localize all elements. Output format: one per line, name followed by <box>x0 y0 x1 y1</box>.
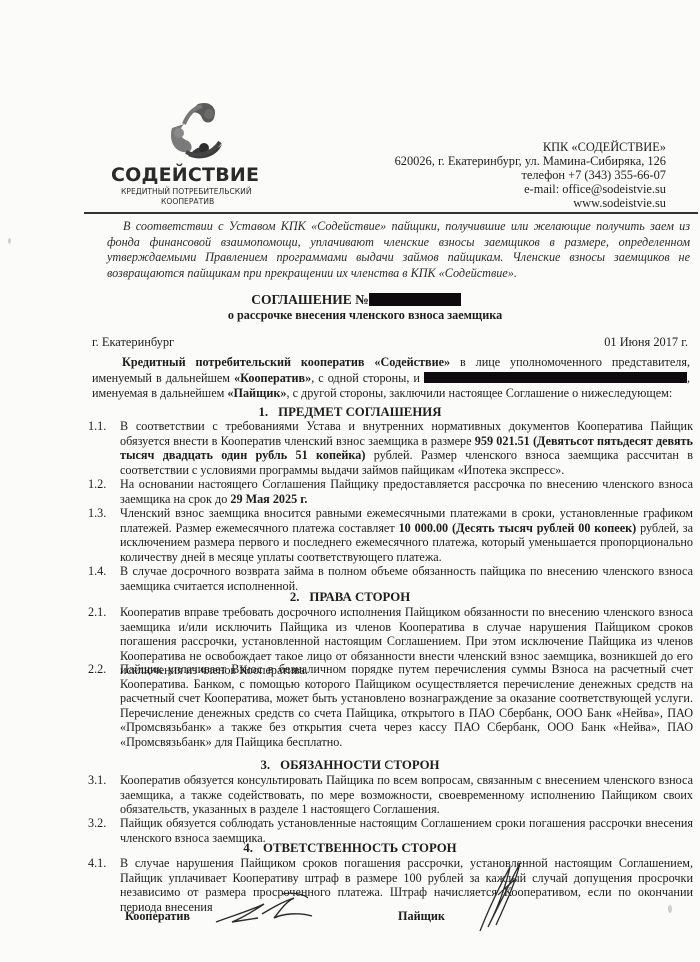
preamble-text: В соответствии с Уставом КПК «Содействие… <box>107 219 690 281</box>
clause-1-2: 1.2. На основании настоящего Соглашения … <box>88 477 693 506</box>
document-title: СОГЛАШЕНИЕ № <box>0 292 700 308</box>
parties-text: , с одной стороны, и <box>311 371 424 385</box>
section-2-title: 2.ПРАВА СТОРОН <box>0 590 700 605</box>
cooperative-full-name: Кредитный потребительский кооператив «Со… <box>122 355 450 369</box>
signature-label-cooperative: Кооператив <box>125 909 190 924</box>
scan-speck <box>668 905 672 913</box>
document-date: 01 Июня 2017 г. <box>604 335 688 350</box>
logo-subtitle-line1: КРЕДИТНЫЙ ПОТРЕБИТЕЛЬСКИЙ <box>121 187 252 196</box>
contact-block: КПК «СОДЕЙСТВИЕ» 620026, г. Екатеринбург… <box>395 140 666 210</box>
logo-subtitle-line2: КООПЕРАТИВ <box>161 197 214 206</box>
signature-cooperative-icon <box>212 888 322 928</box>
header-divider <box>84 212 698 214</box>
contact-email: e-mail: office@sodeistvie.su <box>395 182 666 196</box>
contact-website: www.sodeistvie.su <box>395 196 666 210</box>
parties-text: , с другой стороны, заключили настоящее … <box>287 386 673 400</box>
contact-address: 620026, г. Екатеринбург, ул. Мамина-Сиби… <box>395 154 666 168</box>
scanned-agreement-page: СОДЕЙСТВИЕ КРЕДИТНЫЙ ПОТРЕБИТЕЛЬСКИЙ КОО… <box>0 0 700 962</box>
section-4-title: 4.ОТВЕТСТВЕННОСТЬ СТОРОН <box>0 841 700 856</box>
member-alias: «Пайщик» <box>227 386 286 400</box>
contact-org: КПК «СОДЕЙСТВИЕ» <box>395 140 666 154</box>
section-3-title: 3.ОБЯЗАННОСТИ СТОРОН <box>0 758 700 773</box>
redacted-member-name <box>424 372 687 383</box>
document-city: г. Екатеринбург <box>92 335 174 350</box>
installment-end-date: 29 Мая 2025 г. <box>230 492 307 506</box>
clause-1-4: 1.4. В случае досрочного возврата займа … <box>88 564 693 593</box>
redacted-agreement-number <box>369 293 461 306</box>
signature-member-icon <box>470 855 530 935</box>
clause-4-1: 4.1. В случае нарушения Пайщиком сроков … <box>88 856 693 914</box>
parties-paragraph: Кредитный потребительский кооператив «Со… <box>92 355 690 402</box>
monthly-payment-amount: 10 000.00 (Десять тысяч рублей 00 копеек… <box>399 521 637 535</box>
cooperative-logo-icon <box>158 98 234 162</box>
cooperative-alias: «Кооператив» <box>234 371 311 385</box>
logo-name: СОДЕЙСТВИЕ <box>111 164 259 186</box>
scan-speck <box>8 238 11 244</box>
clause-3-1: 3.1. Кооператив обязуется консультироват… <box>88 773 693 817</box>
signature-label-member: Пайщик <box>398 909 445 924</box>
document-subtitle: о рассрочке внесения членского взноса за… <box>0 308 700 323</box>
clause-2-2: 2.2. Пайщик уплачивает Взнос в безналичн… <box>88 662 693 750</box>
clause-1-3: 1.3. Членский взнос заемщика вносится ра… <box>88 506 693 564</box>
contact-phone: телефон +7 (343) 355-66-07 <box>395 168 666 182</box>
section-1-title: 1.ПРЕДМЕТ СОГЛАШЕНИЯ <box>0 405 700 420</box>
clause-1-1: 1.1. В соответствии с требованиями Устав… <box>88 419 693 477</box>
scan-speck <box>386 763 388 767</box>
document-title-text: СОГЛАШЕНИЕ № <box>251 292 368 307</box>
